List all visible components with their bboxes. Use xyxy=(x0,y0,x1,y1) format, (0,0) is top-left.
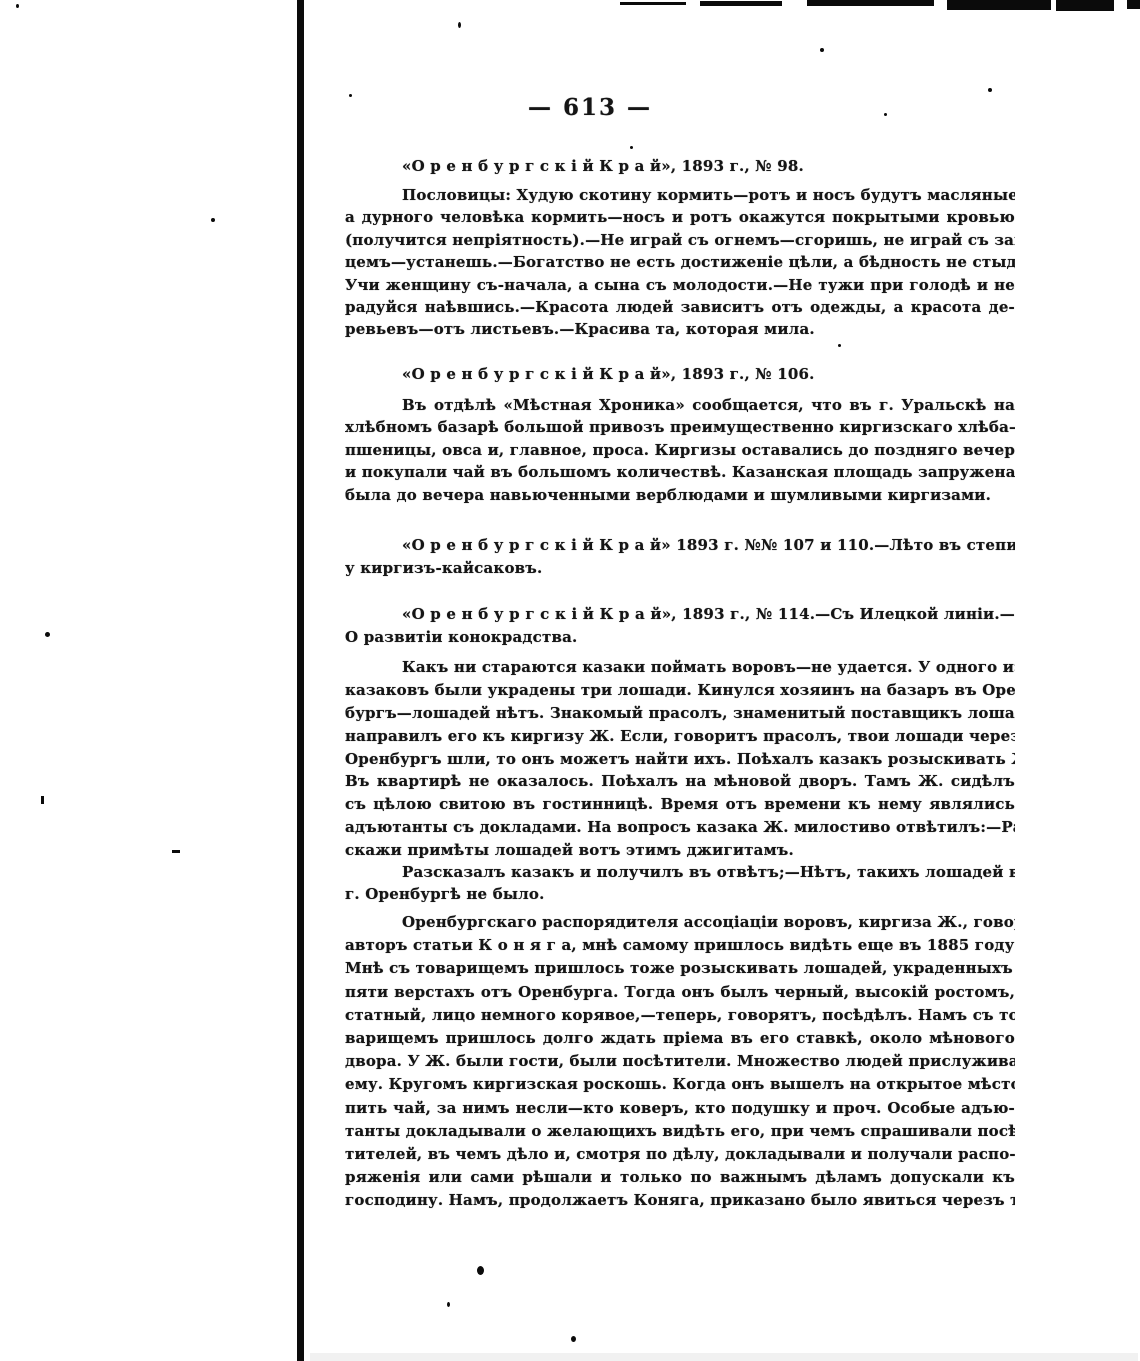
body-paragraph-horse-thieves-1: Какъ ни стараются казаки поймать воровъ—… xyxy=(345,656,1015,862)
text-line: статный, лицо немного корявое,—теперь, г… xyxy=(345,1004,1015,1027)
text-line: «О р е н б у р г с к і й К р а й» 1893 г… xyxy=(345,534,1015,557)
text-line: О развитіи конокрадства. xyxy=(345,626,1015,649)
scan-bottom-shade xyxy=(310,1353,1138,1361)
ink-speck xyxy=(571,1336,576,1342)
ink-speck xyxy=(45,632,50,637)
ink-speck xyxy=(838,344,841,347)
section-heading-no107-110: «О р е н б у р г с к і й К р а й» 1893 г… xyxy=(345,534,1015,580)
text-line: направилъ его къ киргизу Ж. Если, говори… xyxy=(345,725,1015,748)
text-line: «О р е н б у р г с к і й К р а й», 1893 … xyxy=(345,363,1015,385)
text-line: Разсказалъ казакъ и получилъ въ отвѣтъ;—… xyxy=(345,861,1015,883)
ink-speck xyxy=(630,146,633,149)
torn-edge-mark xyxy=(807,0,934,6)
ink-speck xyxy=(458,22,461,28)
text-line: Оренбургъ шли, то онъ можетъ найти ихъ. … xyxy=(345,748,1015,771)
text-line: а дурного человѣка кормить—носъ и ротъ о… xyxy=(345,206,1015,228)
text-line: господину. Намъ, продолжаетъ Коняга, при… xyxy=(345,1189,1015,1212)
text-line: Пословицы: Худую скотину кормить—ротъ и … xyxy=(345,184,1015,206)
text-line: радуйся наѣвшись.—Красота людей зависитъ… xyxy=(345,296,1015,318)
text-line: казаковъ были украдены три лошади. Кинул… xyxy=(345,679,1015,702)
ink-speck xyxy=(211,218,215,222)
text-line: и покупали чай въ большомъ количествѣ. К… xyxy=(345,461,1015,483)
text-line: Въ квартирѣ не оказалось. Поѣхалъ на мѣн… xyxy=(345,770,1015,793)
text-line: пшеницы, овса и, главное, проса. Киргизы… xyxy=(345,439,1015,461)
text-line: Учи женщину съ-начала, а сына съ молодос… xyxy=(345,274,1015,296)
text-line: «О р е н б у р г с к і й К р а й», 1893 … xyxy=(345,155,1015,177)
body-paragraph-horse-thieves-2: Разсказалъ казакъ и получилъ въ отвѣтъ;—… xyxy=(345,861,1015,906)
text-line: варищемъ пришлось долго ждать пріема въ … xyxy=(345,1027,1015,1050)
text-line: ревьевъ—отъ листьевъ.—Красива та, котора… xyxy=(345,318,1015,340)
text-line: бургъ—лошадей нѣтъ. Знакомый прасолъ, зн… xyxy=(345,702,1015,725)
torn-edge-mark xyxy=(700,1,782,6)
torn-edge-mark xyxy=(620,2,686,5)
ink-speck xyxy=(41,796,44,804)
scanned-page: — 613 — «О р е н б у р г с к і й К р а й… xyxy=(0,0,1140,1361)
body-paragraph-chronicle: Въ отдѣлѣ «Мѣстная Хроника» сообщается, … xyxy=(345,394,1015,506)
text-line: двора. У Ж. были гости, были посѣтители.… xyxy=(345,1050,1015,1073)
text-line: цемъ—устанешь.—Богатство не есть достиже… xyxy=(345,251,1015,273)
text-line: (получится непріятность).—Не играй съ ог… xyxy=(345,229,1015,251)
text-line: «О р е н б у р г с к і й К р а й», 1893 … xyxy=(345,603,1015,626)
torn-edge-mark xyxy=(1127,0,1140,9)
torn-edge-mark xyxy=(1056,0,1114,11)
ink-speck xyxy=(988,88,992,92)
text-line: Оренбургскаго распорядителя ассоціаціи в… xyxy=(345,911,1015,934)
torn-edge-mark xyxy=(947,0,1051,10)
section-heading-no106: «О р е н б у р г с к і й К р а й», 1893 … xyxy=(345,363,1015,385)
text-line: скажи примѣты лошадей вотъ этимъ джигита… xyxy=(345,839,1015,862)
ink-speck xyxy=(884,113,887,116)
text-line: тителей, въ чемъ дѣло и, смотря по дѣлу,… xyxy=(345,1143,1015,1166)
text-line: ему. Кругомъ киргизская роскошь. Когда о… xyxy=(345,1073,1015,1096)
text-line: авторъ статьи К о н я г а, мнѣ самому пр… xyxy=(345,934,1015,957)
text-line: пить чай, за нимъ несли—кто коверъ, кто … xyxy=(345,1097,1015,1120)
text-line: Мнѣ съ товарищемъ пришлось тоже розыскив… xyxy=(345,957,1015,980)
text-line: адъютанты съ докладами. На вопросъ казак… xyxy=(345,816,1015,839)
text-line: Какъ ни стараются казаки поймать воровъ—… xyxy=(345,656,1015,679)
binding-gutter-line xyxy=(297,0,304,1361)
body-paragraph-horse-thieves-3: Оренбургскаго распорядителя ассоціаціи в… xyxy=(345,911,1015,1212)
text-line: была до вечера навьюченными верблюдами и… xyxy=(345,484,1015,506)
section-heading-no114: «О р е н б у р г с к і й К р а й», 1893 … xyxy=(345,603,1015,649)
text-line: Въ отдѣлѣ «Мѣстная Хроника» сообщается, … xyxy=(345,394,1015,416)
text-line: ряженія или сами рѣшали и только по важн… xyxy=(345,1166,1015,1189)
text-line: у киргизъ-кайсаковъ. xyxy=(345,557,1015,580)
ink-speck xyxy=(447,1302,450,1307)
ink-speck xyxy=(16,4,19,8)
ink-speck xyxy=(172,850,180,853)
body-paragraph-proverbs: Пословицы: Худую скотину кормить—ротъ и … xyxy=(345,184,1015,341)
page-number: — 613 — xyxy=(345,94,835,122)
text-line: пяти верстахъ отъ Оренбурга. Тогда онъ б… xyxy=(345,981,1015,1004)
ink-speck xyxy=(820,48,824,52)
text-line: хлѣбномъ базарѣ большой привозъ преимуще… xyxy=(345,416,1015,438)
section-heading-no98: «О р е н б у р г с к і й К р а й», 1893 … xyxy=(345,155,1015,177)
text-line: съ цѣлою свитою въ гостинницѣ. Время отъ… xyxy=(345,793,1015,816)
ink-speck xyxy=(477,1266,484,1275)
text-line: г. Оренбургѣ не было. xyxy=(345,883,1015,905)
text-line: танты докладывали о желающихъ видѣть его… xyxy=(345,1120,1015,1143)
